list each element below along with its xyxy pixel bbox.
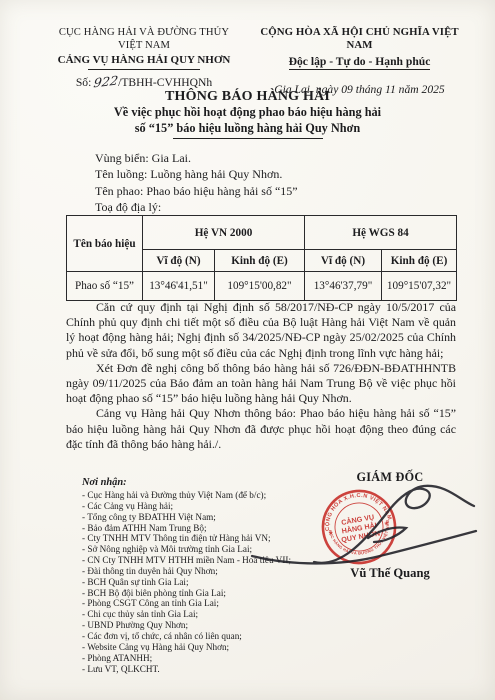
cell-wgs84-lon: 109°15'07,32" [382,272,457,301]
info-buoy-name: Tên phao: Phao báo hiệu hàng hải số “15” [95,183,298,199]
recipient-item: - Lưu VT, QLKCHT. [82,664,312,675]
signature-block: GIÁM ĐỐC CỘNG HÒA X.H.C.N VIỆT NAM CỤC H… [300,470,480,485]
document-subtitle-line1: Về việc phục hồi hoạt động phao báo hiệu… [0,105,495,121]
document-number-suffix: /TBHH-CVHHQNh [118,76,212,89]
table-header-vn2000-lon: Kinh độ (E) [215,250,305,272]
recipient-item: - Chi cục thủy sản tỉnh Gia Lai; [82,609,312,620]
recipient-item: - Phòng ATANHH; [82,653,312,664]
title-underline [173,138,323,139]
table-header-buoy-name: Tên báo hiệu [67,216,143,272]
info-sea-area: Vùng biển: Gia Lai. [95,150,298,166]
signer-name: Vũ Thế Quang [300,566,480,581]
table-header-wgs84-lat: Vĩ độ (N) [305,250,382,272]
agency-underline [88,69,200,70]
table-header-vn2000: Hệ VN 2000 [143,216,305,250]
recipient-item: - Phòng CSGT Công an tỉnh Gia Lai; [82,598,312,609]
national-header-block: CỘNG HÒA XÃ HỘI CHỦ NGHĨA VIỆT NAM Độc l… [250,26,469,96]
body-paragraphs: Căn cứ quy định tại Nghị định số 58/2017… [66,300,456,452]
coordinates-table: Tên báo hiệu Hệ VN 2000 Hệ WGS 84 Vĩ độ … [66,215,457,301]
recipient-item: - Các đơn vị, tổ chức, cá nhân có liên q… [82,631,312,642]
document-subtitle-line2: số “15” báo hiệu luồng hàng hải Quy Nhơn [0,121,495,137]
table-row: Phao số “15” 13°46'41,51" 109°15'00,82" … [67,272,457,301]
document-header: CỤC HÀNG HẢI VÀ ĐƯỜNG THỦY VIỆT NAM CẢNG… [38,26,469,96]
document-page: CỤC HÀNG HẢI VÀ ĐƯỜNG THỦY VIỆT NAM CẢNG… [0,0,495,700]
buoy-info-block: Vùng biển: Gia Lai. Tên luồng: Luồng hàn… [95,150,298,215]
independence-motto: Độc lập - Tự do - Hạnh phúc [289,55,431,70]
info-channel-name: Tên luồng: Luồng hàng hải Quy Nhơn. [95,166,298,182]
issuing-agency-block: CỤC HÀNG HẢI VÀ ĐƯỜNG THỦY VIỆT NAM CẢNG… [38,26,250,96]
info-coordinates-label: Toạ độ địa lý: [95,199,298,215]
title-block: THÔNG BÁO HÀNG HẢI Về việc phục hồi hoạt… [0,89,495,139]
paragraph-request: Xét Đơn đề nghị công bố thông báo hàng h… [66,361,456,407]
document-title: THÔNG BÁO HÀNG HẢI [0,89,495,105]
cell-wgs84-lat: 13°46'37,79" [305,272,382,301]
recipient-item: - BCH Bộ đội biên phòng tỉnh Gia Lai; [82,588,312,599]
cell-buoy-name: Phao số “15” [67,272,143,301]
table-header-vn2000-lat: Vĩ độ (N) [143,250,215,272]
table-header-wgs84: Hệ WGS 84 [305,216,457,250]
country-motto-line: CỘNG HÒA XÃ HỘI CHỦ NGHĨA VIỆT NAM [250,26,469,52]
cell-vn2000-lon: 109°15'00,82" [215,272,305,301]
parent-agency-line2: VIỆT NAM [38,39,250,52]
paragraph-legal-basis: Căn cứ quy định tại Nghị định số 58/2017… [66,300,456,361]
parent-agency-line1: CỤC HÀNG HẢI VÀ ĐƯỜNG THỦY [38,26,250,39]
issuing-agency-name: CẢNG VỤ HÀNG HẢI QUY NHƠN [38,53,250,68]
recipient-item: - Website Cảng vụ Hàng hải Quy Nhơn; [82,642,312,653]
table-header-wgs84-lon: Kinh độ (E) [382,250,457,272]
document-number-handwritten: 922 [93,73,119,91]
cell-vn2000-lat: 13°46'41,51" [143,272,215,301]
document-number-label: Số: [76,76,91,89]
recipient-item: - UBND Phường Quy Nhơn; [82,620,312,631]
paragraph-announcement: Cảng vụ Hàng hải Quy Nhơn thông báo: Pha… [66,406,456,452]
document-number: Số: 922/TBHH-CVHHQNh [38,74,250,89]
